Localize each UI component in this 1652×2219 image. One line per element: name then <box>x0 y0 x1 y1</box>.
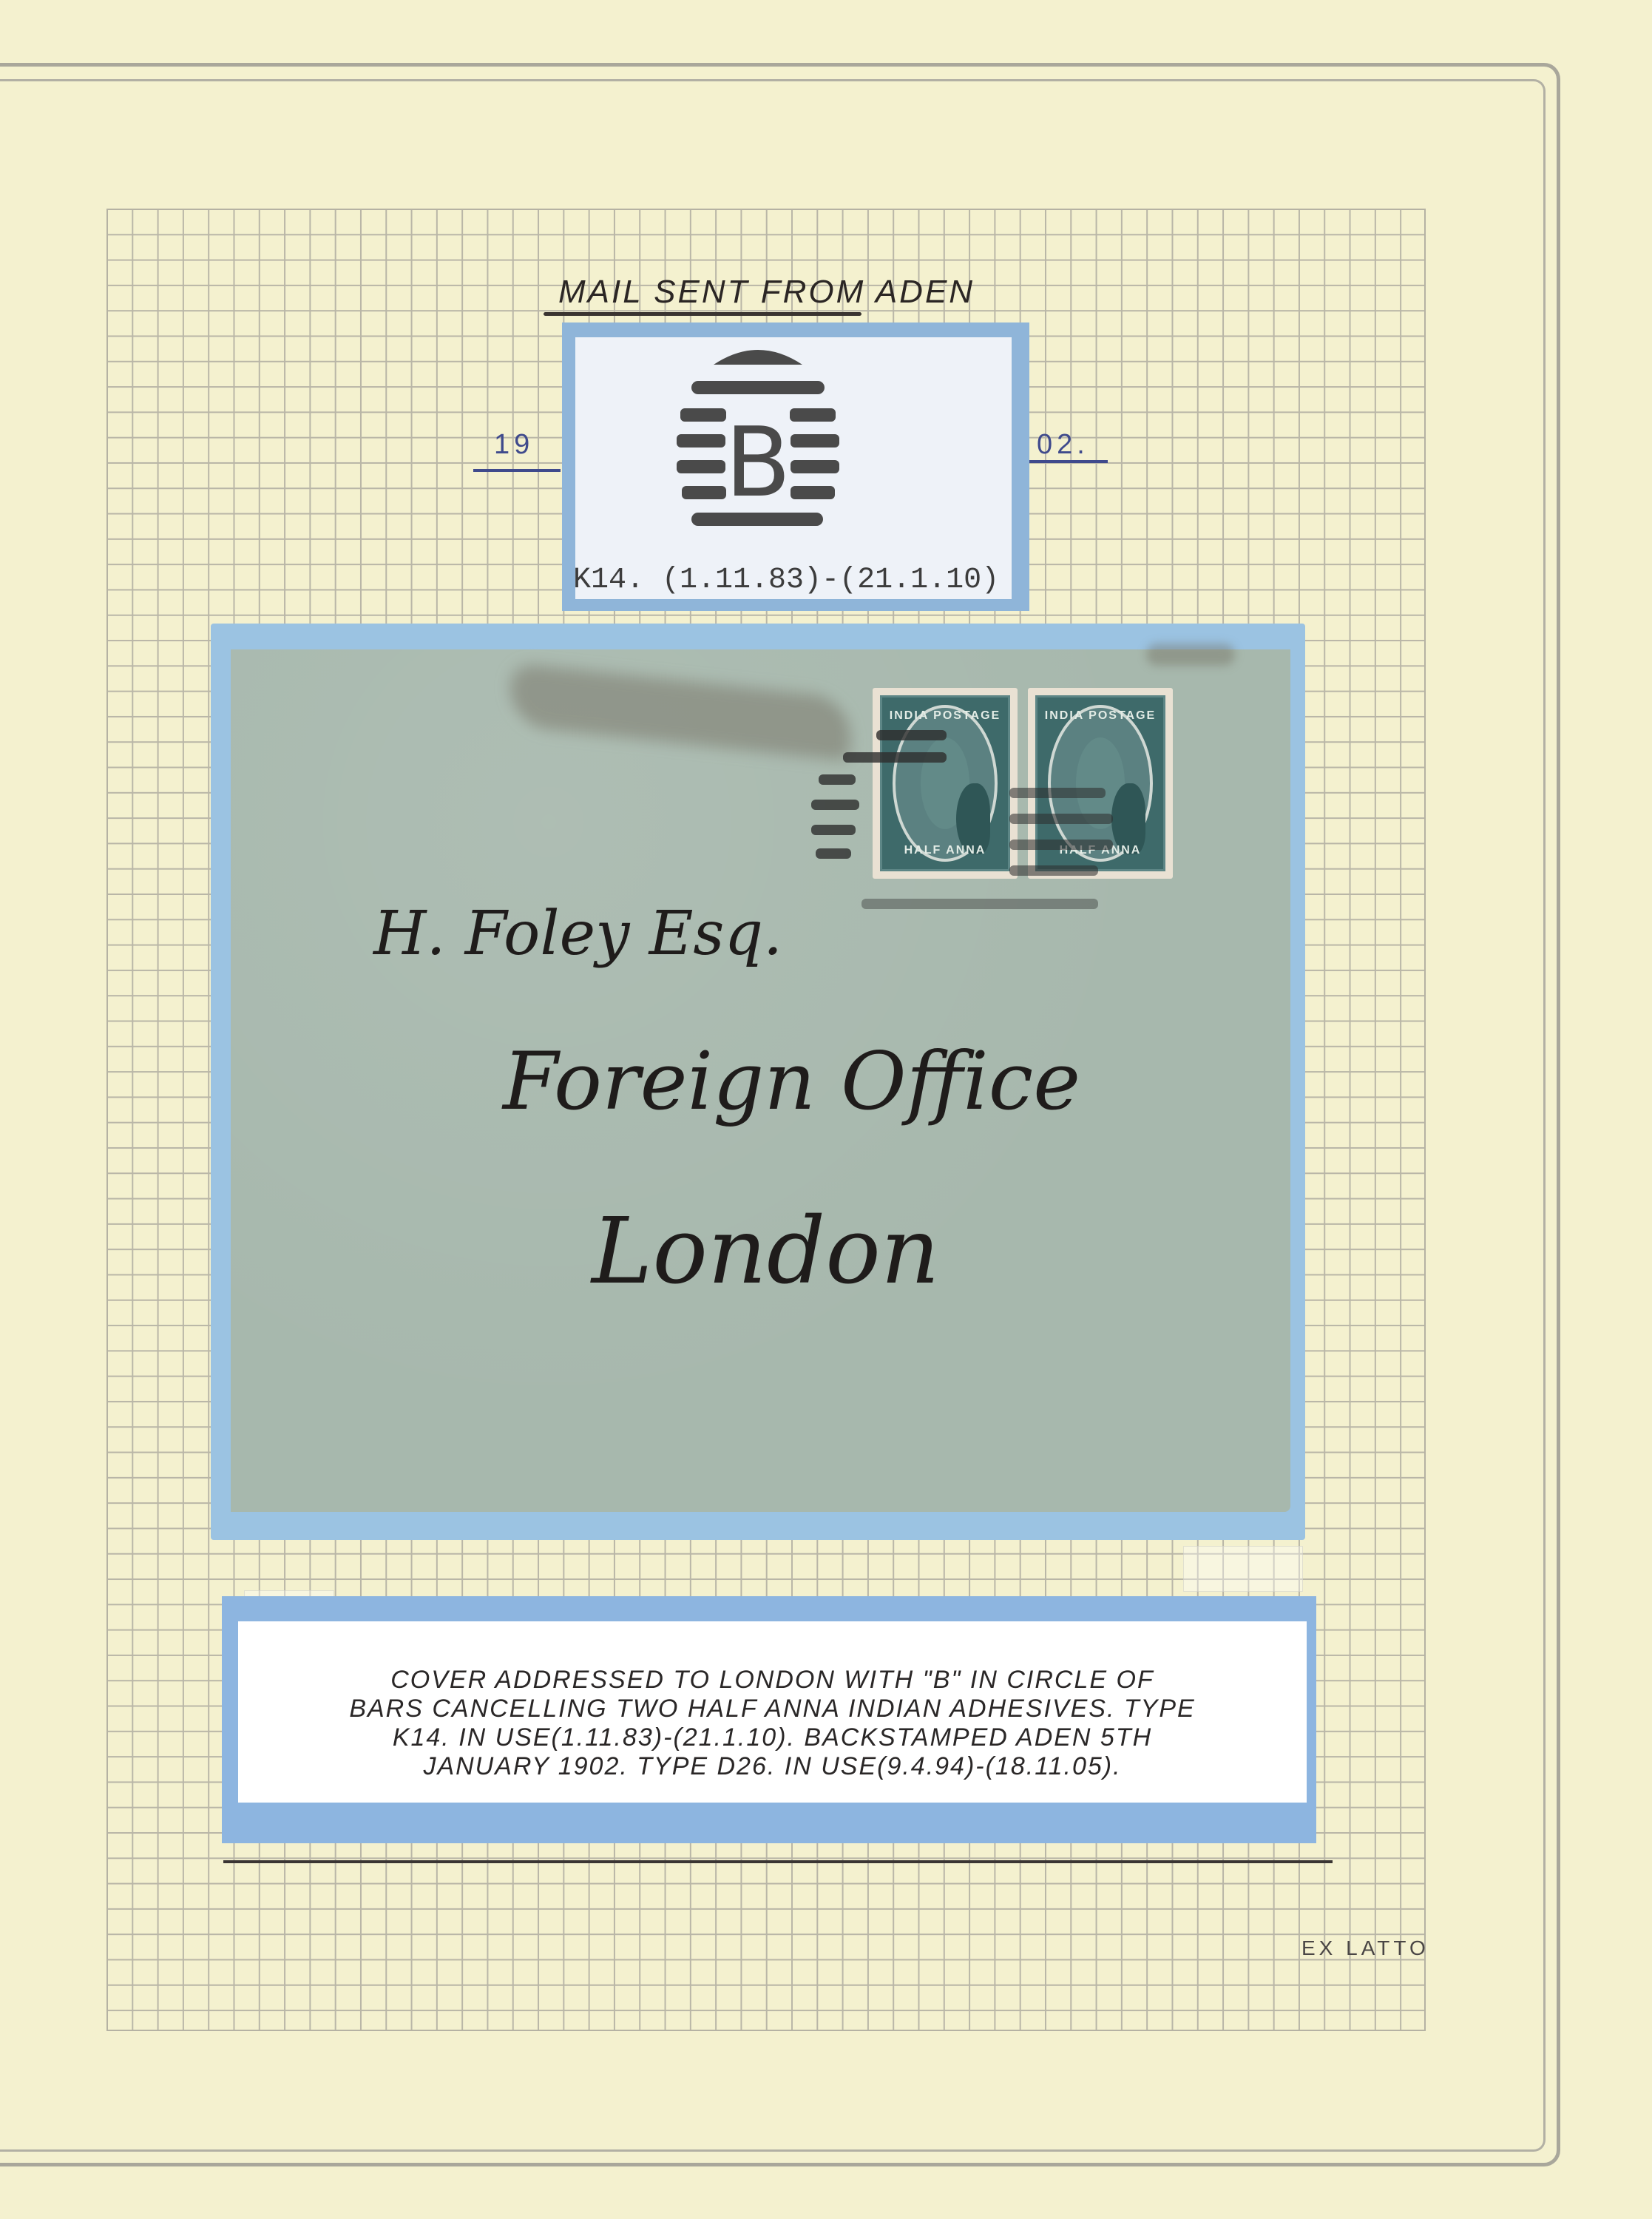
provenance-note: EX LATTO <box>1301 1936 1429 1960</box>
description-caption: COVER ADDRESSED TO LONDON WITH "B" IN CI… <box>238 1666 1307 1781</box>
mount-hinge <box>1183 1546 1303 1592</box>
year-suffix-underline <box>1025 460 1108 463</box>
title-underline <box>544 312 861 316</box>
svg-text:B: B <box>725 406 791 519</box>
cover-stain-small <box>1146 644 1235 666</box>
caption-rule <box>223 1860 1333 1863</box>
address-line-city: London <box>592 1198 940 1305</box>
page-title: MAIL SENT FROM ADEN <box>558 274 975 311</box>
year-suffix: 02. <box>1037 429 1089 461</box>
address-line-office: Foreign Office <box>503 1036 1080 1128</box>
cancel-type-label: K14. (1.11.83)-(21.1.10) <box>573 564 999 597</box>
postmark-bars-icon <box>728 721 1142 1047</box>
caption-line: COVER ADDRESSED TO LONDON WITH "B" IN CI… <box>238 1666 1307 1695</box>
caption-line: BARS CANCELLING TWO HALF ANNA INDIAN ADH… <box>238 1695 1307 1723</box>
address-line-name: H. Foley Esq. <box>373 899 782 969</box>
caption-line: JANUARY 1902. TYPE D26. IN USE(9.4.94)-(… <box>238 1752 1307 1781</box>
b-in-circle-of-bars-cancel-icon: B <box>662 337 854 529</box>
year-prefix: 19 <box>494 429 534 461</box>
caption-line: K14. IN USE(1.11.83)-(21.1.10). BACKSTAM… <box>238 1723 1307 1752</box>
year-prefix-underline <box>473 469 561 472</box>
